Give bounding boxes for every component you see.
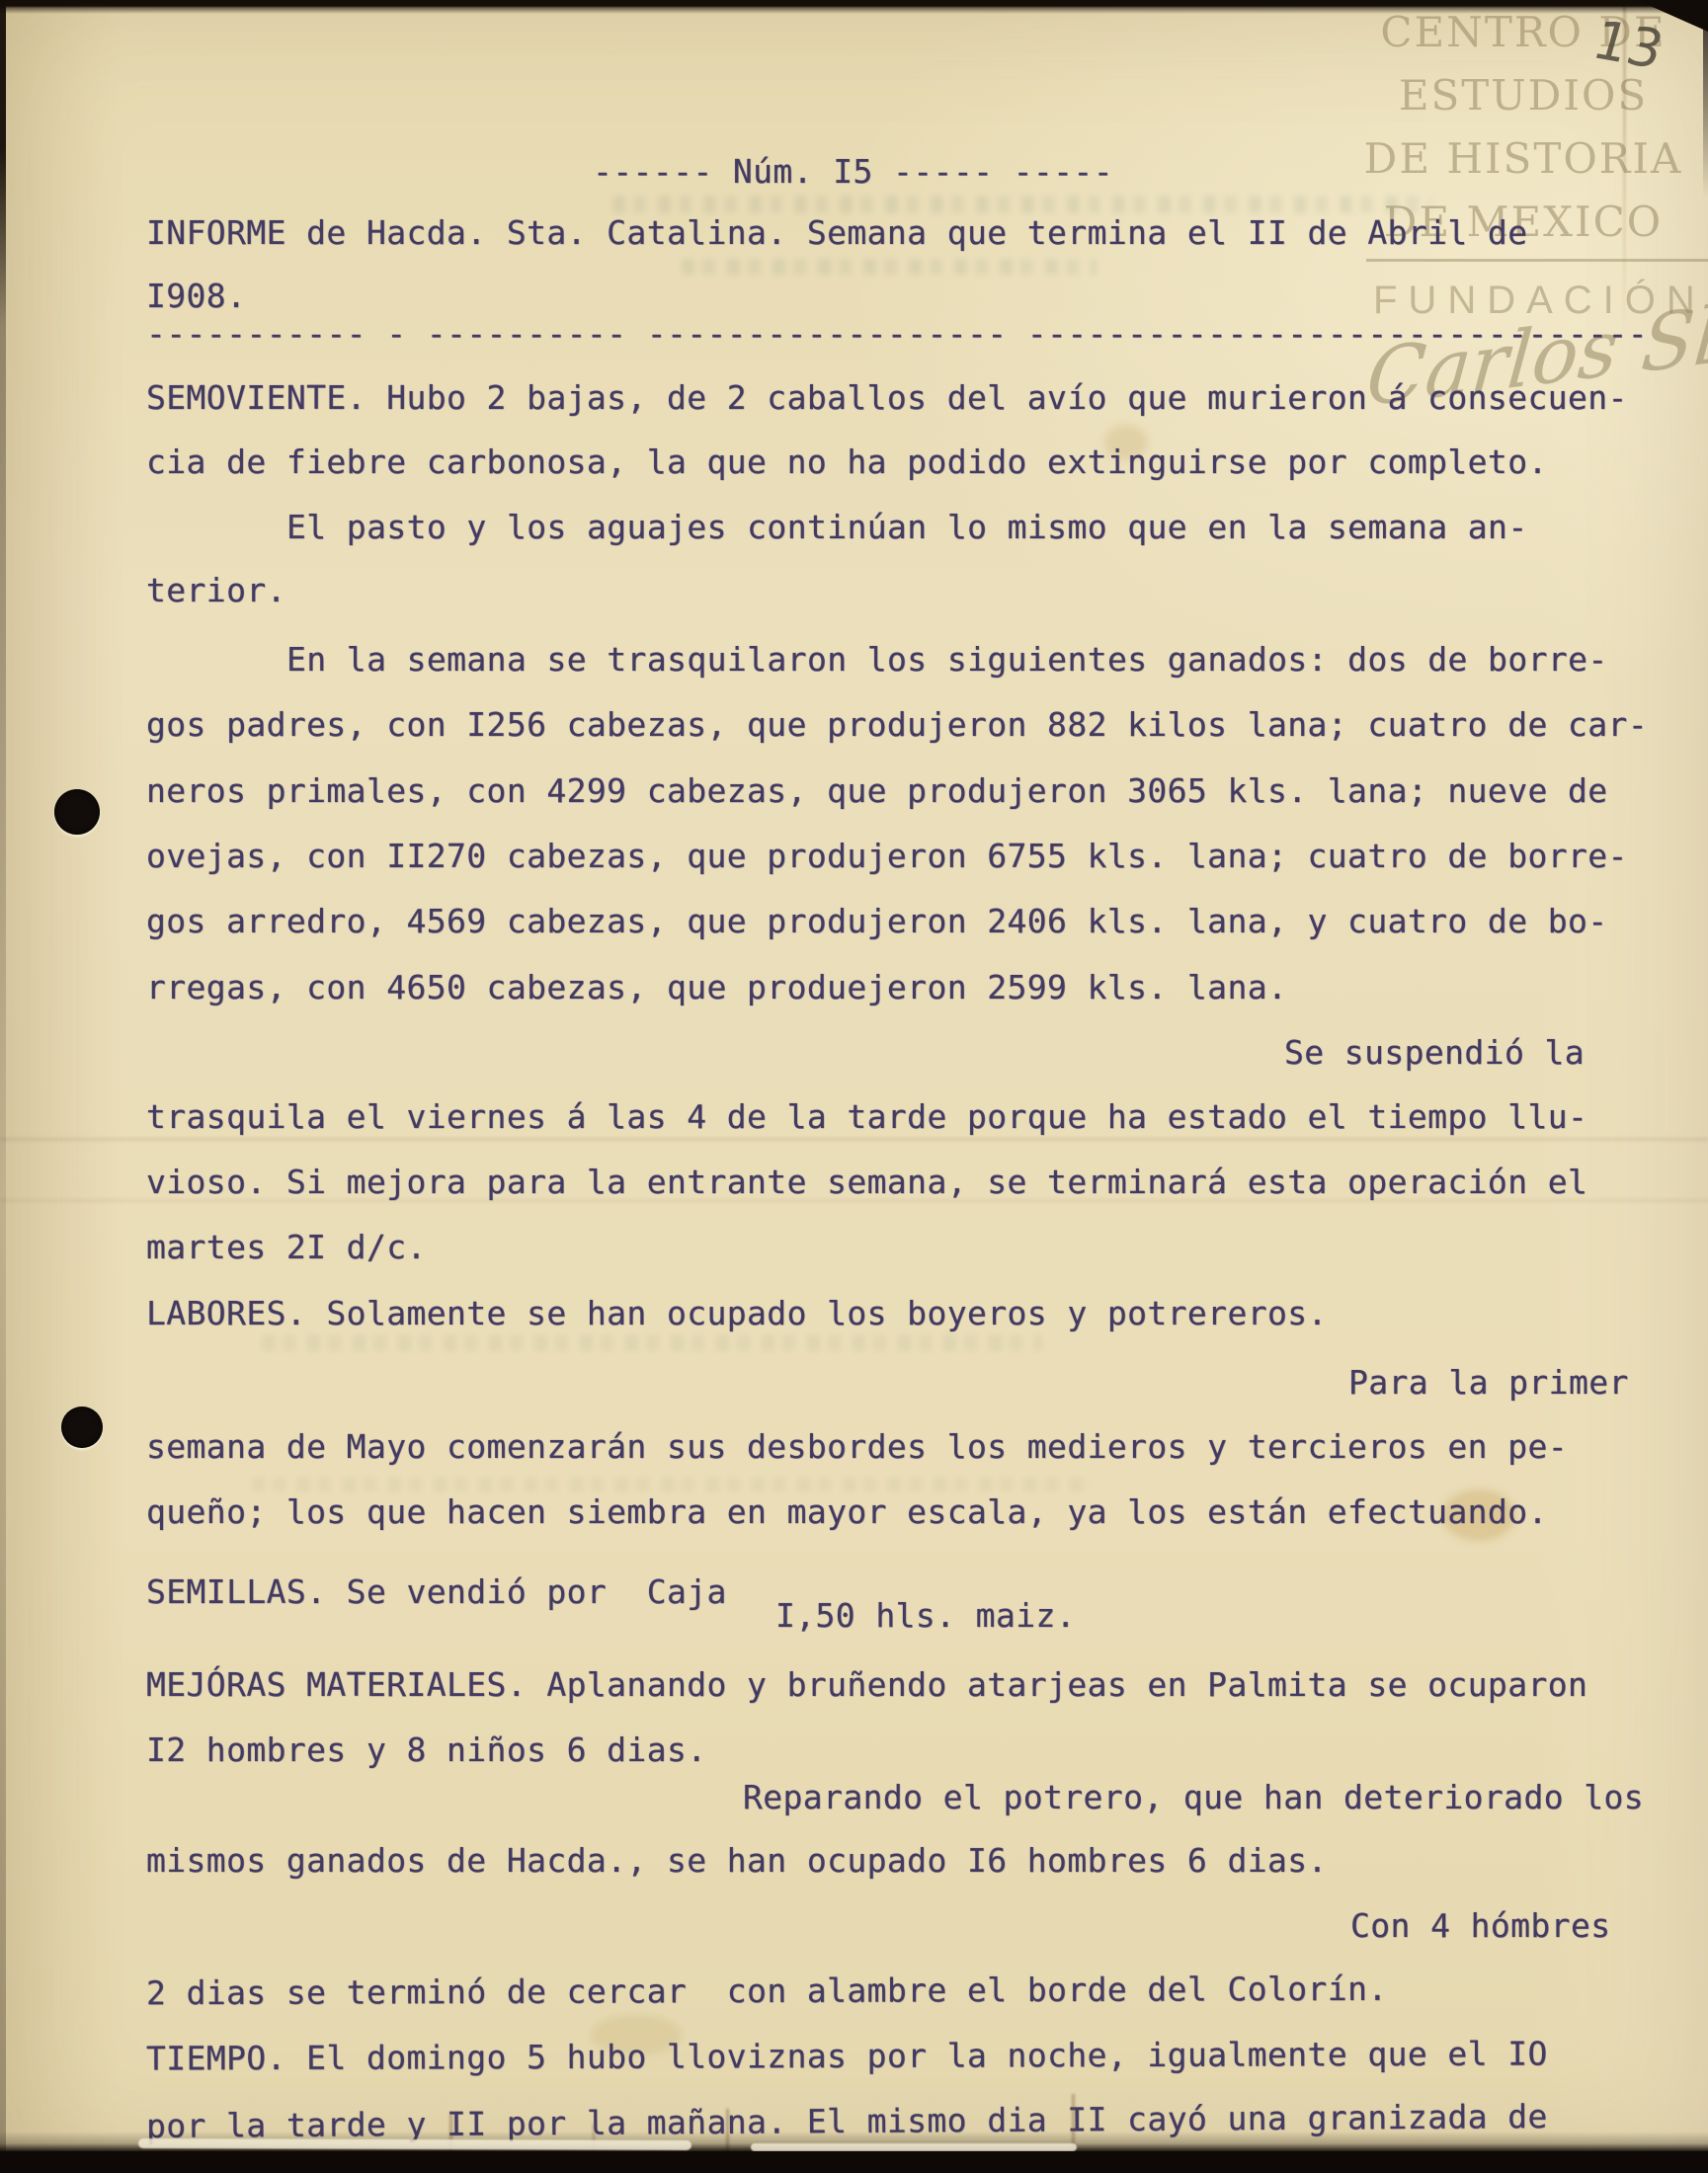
siembra-line1: Para la primer <box>1348 1363 1629 1403</box>
punch-hole <box>61 1407 103 1448</box>
punch-hole <box>54 789 100 835</box>
trasquila-stats-line2: gos padres, con I256 cabezas, que produj… <box>146 705 1648 745</box>
labores-line: LABORES. Solamente se han ocupado los bo… <box>146 1294 1328 1333</box>
scan-edge-bottom <box>0 2151 1708 2173</box>
watermark-divider-line <box>1366 259 1708 262</box>
suspension-line1: Se suspendió la <box>1284 1033 1585 1073</box>
report-number-line: ------ Núm. I5 ----- ----- <box>593 152 1113 192</box>
scan-edge-left <box>0 0 6 2173</box>
siembra-line2: semana de Mayo comenzarán sus desbordes … <box>146 1427 1568 1467</box>
pasto-line1: El pasto y los aguajes continúan lo mism… <box>286 508 1528 547</box>
trasquila-stats-line4: ovejas, con II270 cabezas, que produjero… <box>146 837 1628 876</box>
ink-bleedthrough-smudge <box>682 259 1097 275</box>
pasto-line2: terior. <box>146 571 286 610</box>
ink-bleedthrough-smudge <box>612 196 1432 213</box>
cerca-line2: 2 dias se terminó de cercar con alambre … <box>146 1970 1388 2013</box>
watermark-text-line: DE HISTORIA <box>1355 134 1691 183</box>
scan-edge-right <box>1703 0 1708 198</box>
suspension-line2: trasquila el viernes á las 4 de la tarde… <box>146 1097 1587 1137</box>
semillas-line: SEMILLAS. Se vendió por Caja <box>146 1572 727 1612</box>
torn-edge-highlight <box>751 2143 1077 2151</box>
suspension-line3: vioso. Si mejora para la entrante semana… <box>146 1163 1587 1202</box>
ink-bleedthrough-smudge <box>262 1335 1042 1351</box>
mejoras-line2: I2 hombres y 8 niños 6 dias. <box>146 1730 707 1770</box>
semoviente-line2: cia de fiebre carbonosa, la que no ha po… <box>146 443 1548 482</box>
suspension-line4: martes 2I d/c. <box>146 1228 427 1267</box>
tiempo-line1: TIEMPO. El domingo 5 hubo lloviznas por … <box>146 2035 1548 2079</box>
torn-edge-highlight <box>138 2138 691 2150</box>
siembra-line3: queño; los que hacen siembra en mayor es… <box>146 1492 1548 1532</box>
trasquila-stats-line3: neros primales, con 4299 cabezas, que pr… <box>146 771 1608 811</box>
report-title-line1: INFORME de Hacda. Sta. Catalina. Semana … <box>146 213 1527 253</box>
trasquila-stats-line6: rregas, con 4650 cabezas, que produejero… <box>146 968 1287 1007</box>
separator-dashes: ----------- - ---------- ---------------… <box>146 314 1648 354</box>
trasquila-stats-line5: gos arredro, 4569 cabezas, que produjero… <box>146 902 1608 941</box>
potrero-line2: mismos ganados de Hacda., se han ocupado… <box>146 1841 1328 1881</box>
ink-bleedthrough-smudge <box>252 1478 1092 1491</box>
mejoras-line1: MEJÓRAS MATERIALES. Aplanando y bruñendo… <box>146 1665 1587 1705</box>
semoviente-line1: SEMOVIENTE. Hubo 2 bajas, de 2 caballos … <box>146 378 1628 418</box>
paper-crease <box>1623 0 1626 336</box>
semillas-amount-line: I,50 hls. maiz. <box>775 1596 1076 1636</box>
scan-edge-top <box>0 0 1708 14</box>
potrero-line1: Reparando el potrero, que han deteriorad… <box>743 1778 1644 1817</box>
report-title-line2: I908. <box>146 277 246 316</box>
cerca-line1: Con 4 hómbres <box>1350 1906 1610 1946</box>
torn-corner <box>1637 0 1708 32</box>
scanned-document-page: CENTRO DE ESTUDIOS DE HISTORIA DE MEXICO… <box>0 0 1708 2173</box>
paper-crease <box>0 1138 1708 1141</box>
trasquila-stats-line1: En la semana se trasquilaron los siguien… <box>286 640 1608 680</box>
